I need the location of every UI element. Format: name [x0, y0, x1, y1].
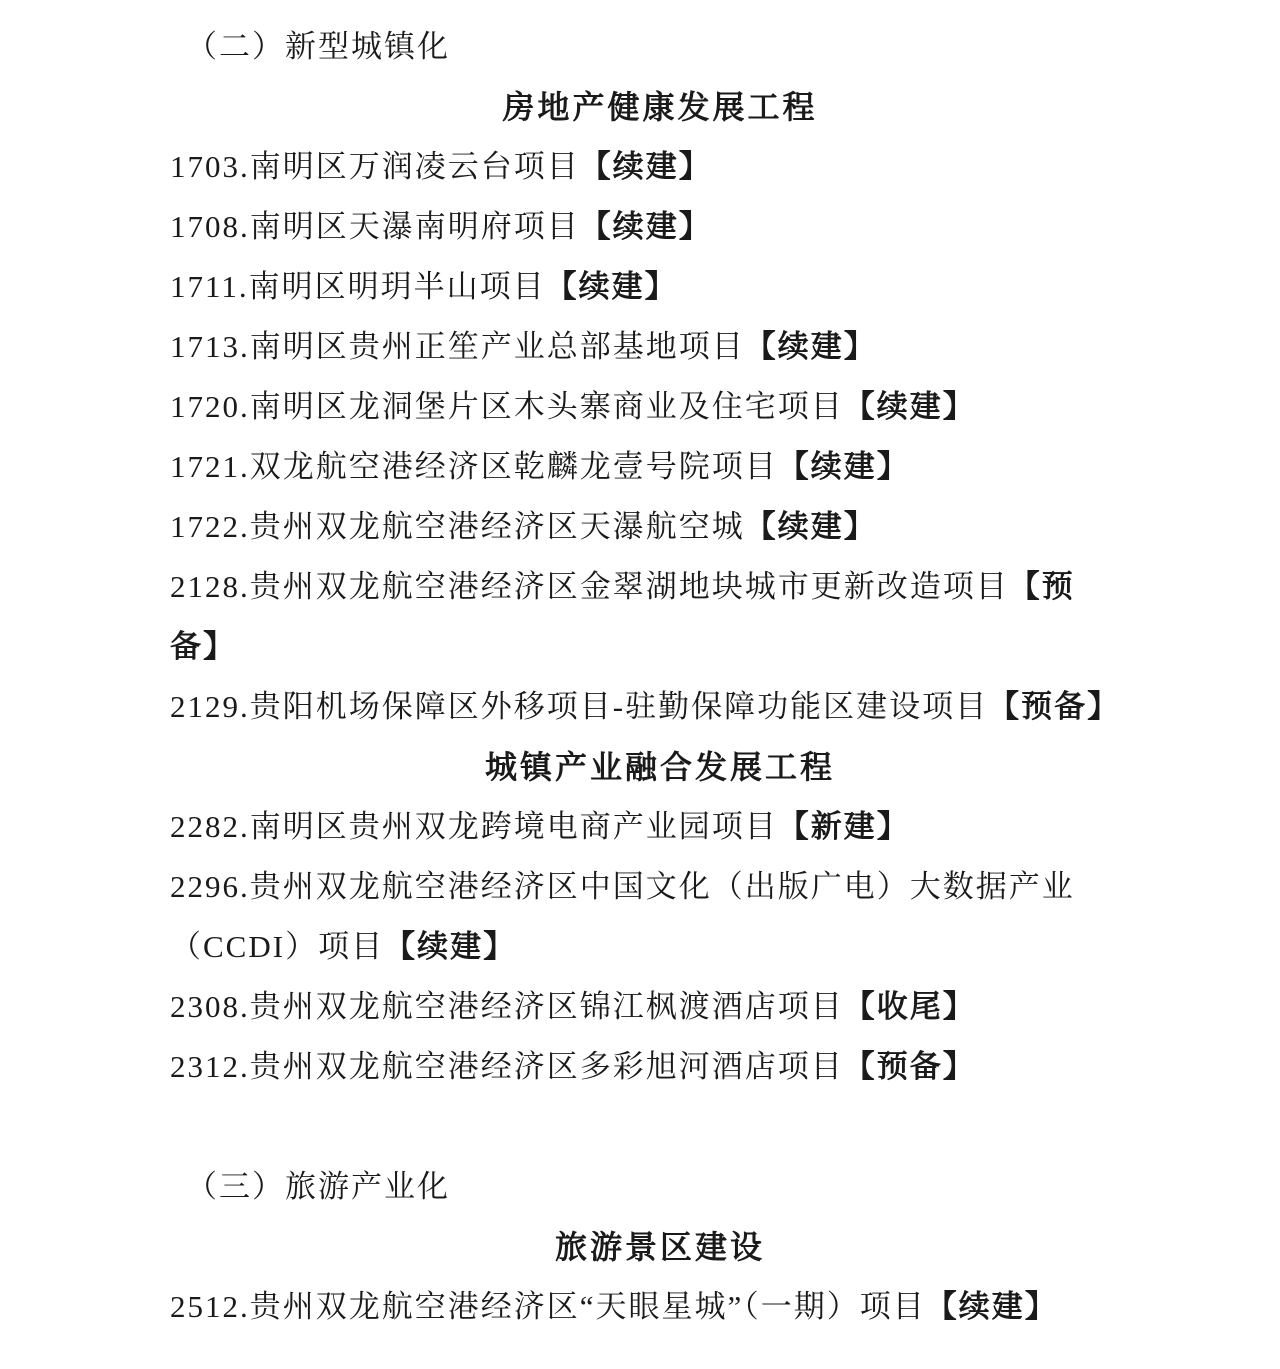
project-item: 2296.贵州双龙航空港经济区中国文化（出版广电）大数据产业 [170, 857, 1150, 917]
document-page: （二）新型城镇化 房地产健康发展工程 1703.南明区万润凌云台项目【续建】 1… [170, 17, 1150, 1337]
project-text: 2128.贵州双龙航空港经济区金翠湖地块城市更新改造项目 [170, 569, 1009, 604]
project-text: 1711.南明区明玥半山项目 [170, 269, 546, 304]
project-text: （CCDI）项目 [170, 929, 384, 964]
blank-line [170, 1097, 1150, 1157]
project-text: 1703.南明区万润凌云台项目 [170, 149, 580, 184]
project-status-tag: 【续建】 [926, 1289, 1058, 1324]
category-heading: 城镇产业融合发展工程 [170, 737, 1150, 797]
project-status-tag: 【续建】 [580, 149, 712, 184]
project-item: 2312.贵州双龙航空港经济区多彩旭河酒店项目【预备】 [170, 1037, 1150, 1097]
project-item: 1708.南明区天瀑南明府项目【续建】 [170, 197, 1150, 257]
project-item: 1711.南明区明玥半山项目【续建】 [170, 257, 1150, 317]
project-item: 2128.贵州双龙航空港经济区金翠湖地块城市更新改造项目【预 [170, 557, 1150, 617]
project-status-tag: 【续建】 [384, 929, 516, 964]
project-text: 2129.贵阳机场保障区外移项目-驻勤保障功能区建设项目 [170, 689, 988, 724]
project-status-tag: 【预备】 [844, 1049, 976, 1084]
project-status-tag: 【预 [1009, 569, 1075, 604]
project-status-tag: 【续建】 [745, 509, 877, 544]
project-status-tag: 【新建】 [778, 809, 910, 844]
project-status-tag: 【续建】 [745, 329, 877, 364]
project-status-tag: 【续建】 [546, 269, 678, 304]
category-heading: 房地产健康发展工程 [170, 77, 1150, 137]
project-item-continuation: （CCDI）项目【续建】 [170, 917, 1150, 977]
project-status-tag: 【续建】 [580, 209, 712, 244]
project-item: 1713.南明区贵州正笙产业总部基地项目【续建】 [170, 317, 1150, 377]
project-status-tag: 【续建】 [778, 449, 910, 484]
project-item: 1720.南明区龙洞堡片区木头寨商业及住宅项目【续建】 [170, 377, 1150, 437]
project-text: 1713.南明区贵州正笙产业总部基地项目 [170, 329, 745, 364]
project-item: 1703.南明区万润凌云台项目【续建】 [170, 137, 1150, 197]
project-item: 1722.贵州双龙航空港经济区天瀑航空城【续建】 [170, 497, 1150, 557]
project-text: 1721.双龙航空港经济区乾麟龙壹号院项目 [170, 449, 778, 484]
project-text: 2308.贵州双龙航空港经济区锦江枫渡酒店项目 [170, 989, 844, 1024]
project-status-tag: 【续建】 [844, 389, 976, 424]
project-item-continuation: 备】 [170, 617, 1150, 677]
project-item: 2129.贵阳机场保障区外移项目-驻勤保障功能区建设项目【预备】 [170, 677, 1150, 737]
project-text: 2312.贵州双龙航空港经济区多彩旭河酒店项目 [170, 1049, 844, 1084]
project-item: 2282.南明区贵州双龙跨境电商产业园项目【新建】 [170, 797, 1150, 857]
project-item: 2512.贵州双龙航空港经济区“天眼星城”（一期）项目【续建】 [170, 1277, 1150, 1337]
project-text: 2512.贵州双龙航空港经济区“天眼星城”（一期）项目 [170, 1289, 926, 1324]
project-status-tag: 【预备】 [988, 689, 1120, 724]
project-text: 2282.南明区贵州双龙跨境电商产业园项目 [170, 809, 778, 844]
project-text: 1722.贵州双龙航空港经济区天瀑航空城 [170, 509, 745, 544]
project-text: 2296.贵州双龙航空港经济区中国文化（出版广电）大数据产业 [170, 869, 1075, 904]
category-heading: 旅游景区建设 [170, 1217, 1150, 1277]
project-status-tag: 【收尾】 [844, 989, 976, 1024]
project-status-tag: 备】 [170, 629, 236, 664]
project-text: 1720.南明区龙洞堡片区木头寨商业及住宅项目 [170, 389, 844, 424]
project-item: 2308.贵州双龙航空港经济区锦江枫渡酒店项目【收尾】 [170, 977, 1150, 1037]
project-text: 1708.南明区天瀑南明府项目 [170, 209, 580, 244]
project-item: 1721.双龙航空港经济区乾麟龙壹号院项目【续建】 [170, 437, 1150, 497]
section-heading: （三）旅游产业化 [170, 1157, 1150, 1217]
section-heading: （二）新型城镇化 [170, 17, 1150, 77]
